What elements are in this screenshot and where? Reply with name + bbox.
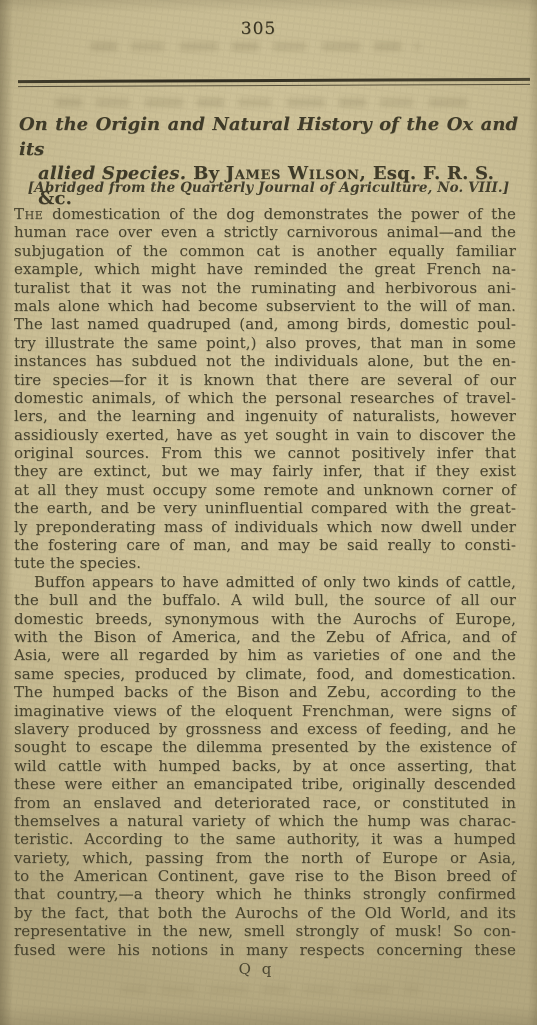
body-line: domestic breeds, synonymous with the Aur…	[14, 610, 516, 628]
body-line: they are extinct, but we may fairly infe…	[14, 462, 516, 480]
body-line: try illustrate the same point,) also pro…	[14, 334, 516, 352]
body-line: same species, produced by climate, food,…	[14, 665, 516, 683]
double-rule	[18, 78, 530, 88]
body-line: themselves a natural variety of which th…	[14, 812, 516, 830]
body-line: sought to escape the dilemma presented b…	[14, 738, 516, 756]
body-line: tute the species.	[14, 554, 516, 572]
article-title: On the Origin and Natural History of the…	[19, 113, 518, 211]
page-number: 305	[0, 19, 527, 39]
body-line: The domestication of the dog demonstrate…	[14, 205, 516, 223]
body-line: Asia, were all regarded by him as variet…	[14, 646, 516, 664]
source-attribution: [Abridged from the Quarterly Journal of …	[0, 180, 537, 196]
body-line: variety, which, passing from the north o…	[14, 849, 516, 867]
body-line: the earth, and be very uninfluential com…	[14, 499, 516, 517]
scanned-book-page: 305 On the Origin and Natural History of…	[0, 0, 537, 1025]
show-through-ghost-text	[120, 985, 420, 994]
printer-signature-mark: Q q	[0, 960, 525, 978]
body-line: tire species—for it is known that there …	[14, 371, 516, 389]
title-line-1: On the Origin and Natural History of the…	[19, 113, 518, 162]
body-line: lers, and the learning and ingenuity of …	[14, 407, 516, 425]
body-line: the fostering care of man, and may be sa…	[14, 536, 516, 554]
body-line: assidiously exerted, have as yet sought …	[14, 426, 516, 444]
show-through-ghost-text	[90, 42, 420, 51]
body-line: ly preponderating mass of individuals wh…	[14, 518, 516, 536]
body-line: example, which might have reminded the g…	[14, 260, 516, 278]
body-line: to the American Continent, gave rise to …	[14, 867, 516, 885]
body-line: The humped backs of the Bison and Zebu, …	[14, 683, 516, 701]
lead-word: The	[14, 205, 43, 223]
body-line: original sources. From this we cannot po…	[14, 444, 516, 462]
body-line: teristic. According to the same authorit…	[14, 830, 516, 848]
paragraph: The domestication of the dog demonstrate…	[14, 205, 516, 573]
body-line: wild cattle with humped backs, by at onc…	[14, 757, 516, 775]
body-line: turalist that it was not the ruminating …	[14, 279, 516, 297]
body-line: at all they must occupy some remote and …	[14, 481, 516, 499]
body-line: mals alone which had become subservient …	[14, 297, 516, 315]
body-line: human race over even a strictly carnivor…	[14, 223, 516, 241]
body-line: fused were his notions in many respects …	[14, 941, 516, 959]
double-rule-top-line	[18, 78, 530, 83]
body-line: representative in the new, smell strongl…	[14, 922, 516, 940]
body-line: that country,—a theory which he thinks s…	[14, 885, 516, 903]
body-line: slavery produced by grossness and excess…	[14, 720, 516, 738]
body-line: the bull and the buffalo. A wild bull, t…	[14, 591, 516, 609]
body-line: subjugation of the common cat is another…	[14, 242, 516, 260]
body-line: instances has subdued not the individual…	[14, 352, 516, 370]
body-line: with the Bison of America, and the Zebu …	[14, 628, 516, 646]
body-line: Buffon appears to have admitted of only …	[14, 573, 516, 591]
show-through-ghost-text	[55, 98, 480, 107]
body-line: domestic animals, of which the personal …	[14, 389, 516, 407]
double-rule-bottom-line	[18, 84, 530, 88]
paragraph: Buffon appears to have admitted of only …	[14, 573, 516, 959]
body-line: The last named quadruped (and, among bir…	[14, 315, 516, 333]
body-text: The domestication of the dog demonstrate…	[14, 205, 516, 959]
body-line: by the fact, that both the Aurochs of th…	[14, 904, 516, 922]
body-line: from an enslaved and deteriorated race, …	[14, 794, 516, 812]
body-line: imaginative views of the eloquent French…	[14, 702, 516, 720]
body-line: these were either an emancipated tribe, …	[14, 775, 516, 793]
